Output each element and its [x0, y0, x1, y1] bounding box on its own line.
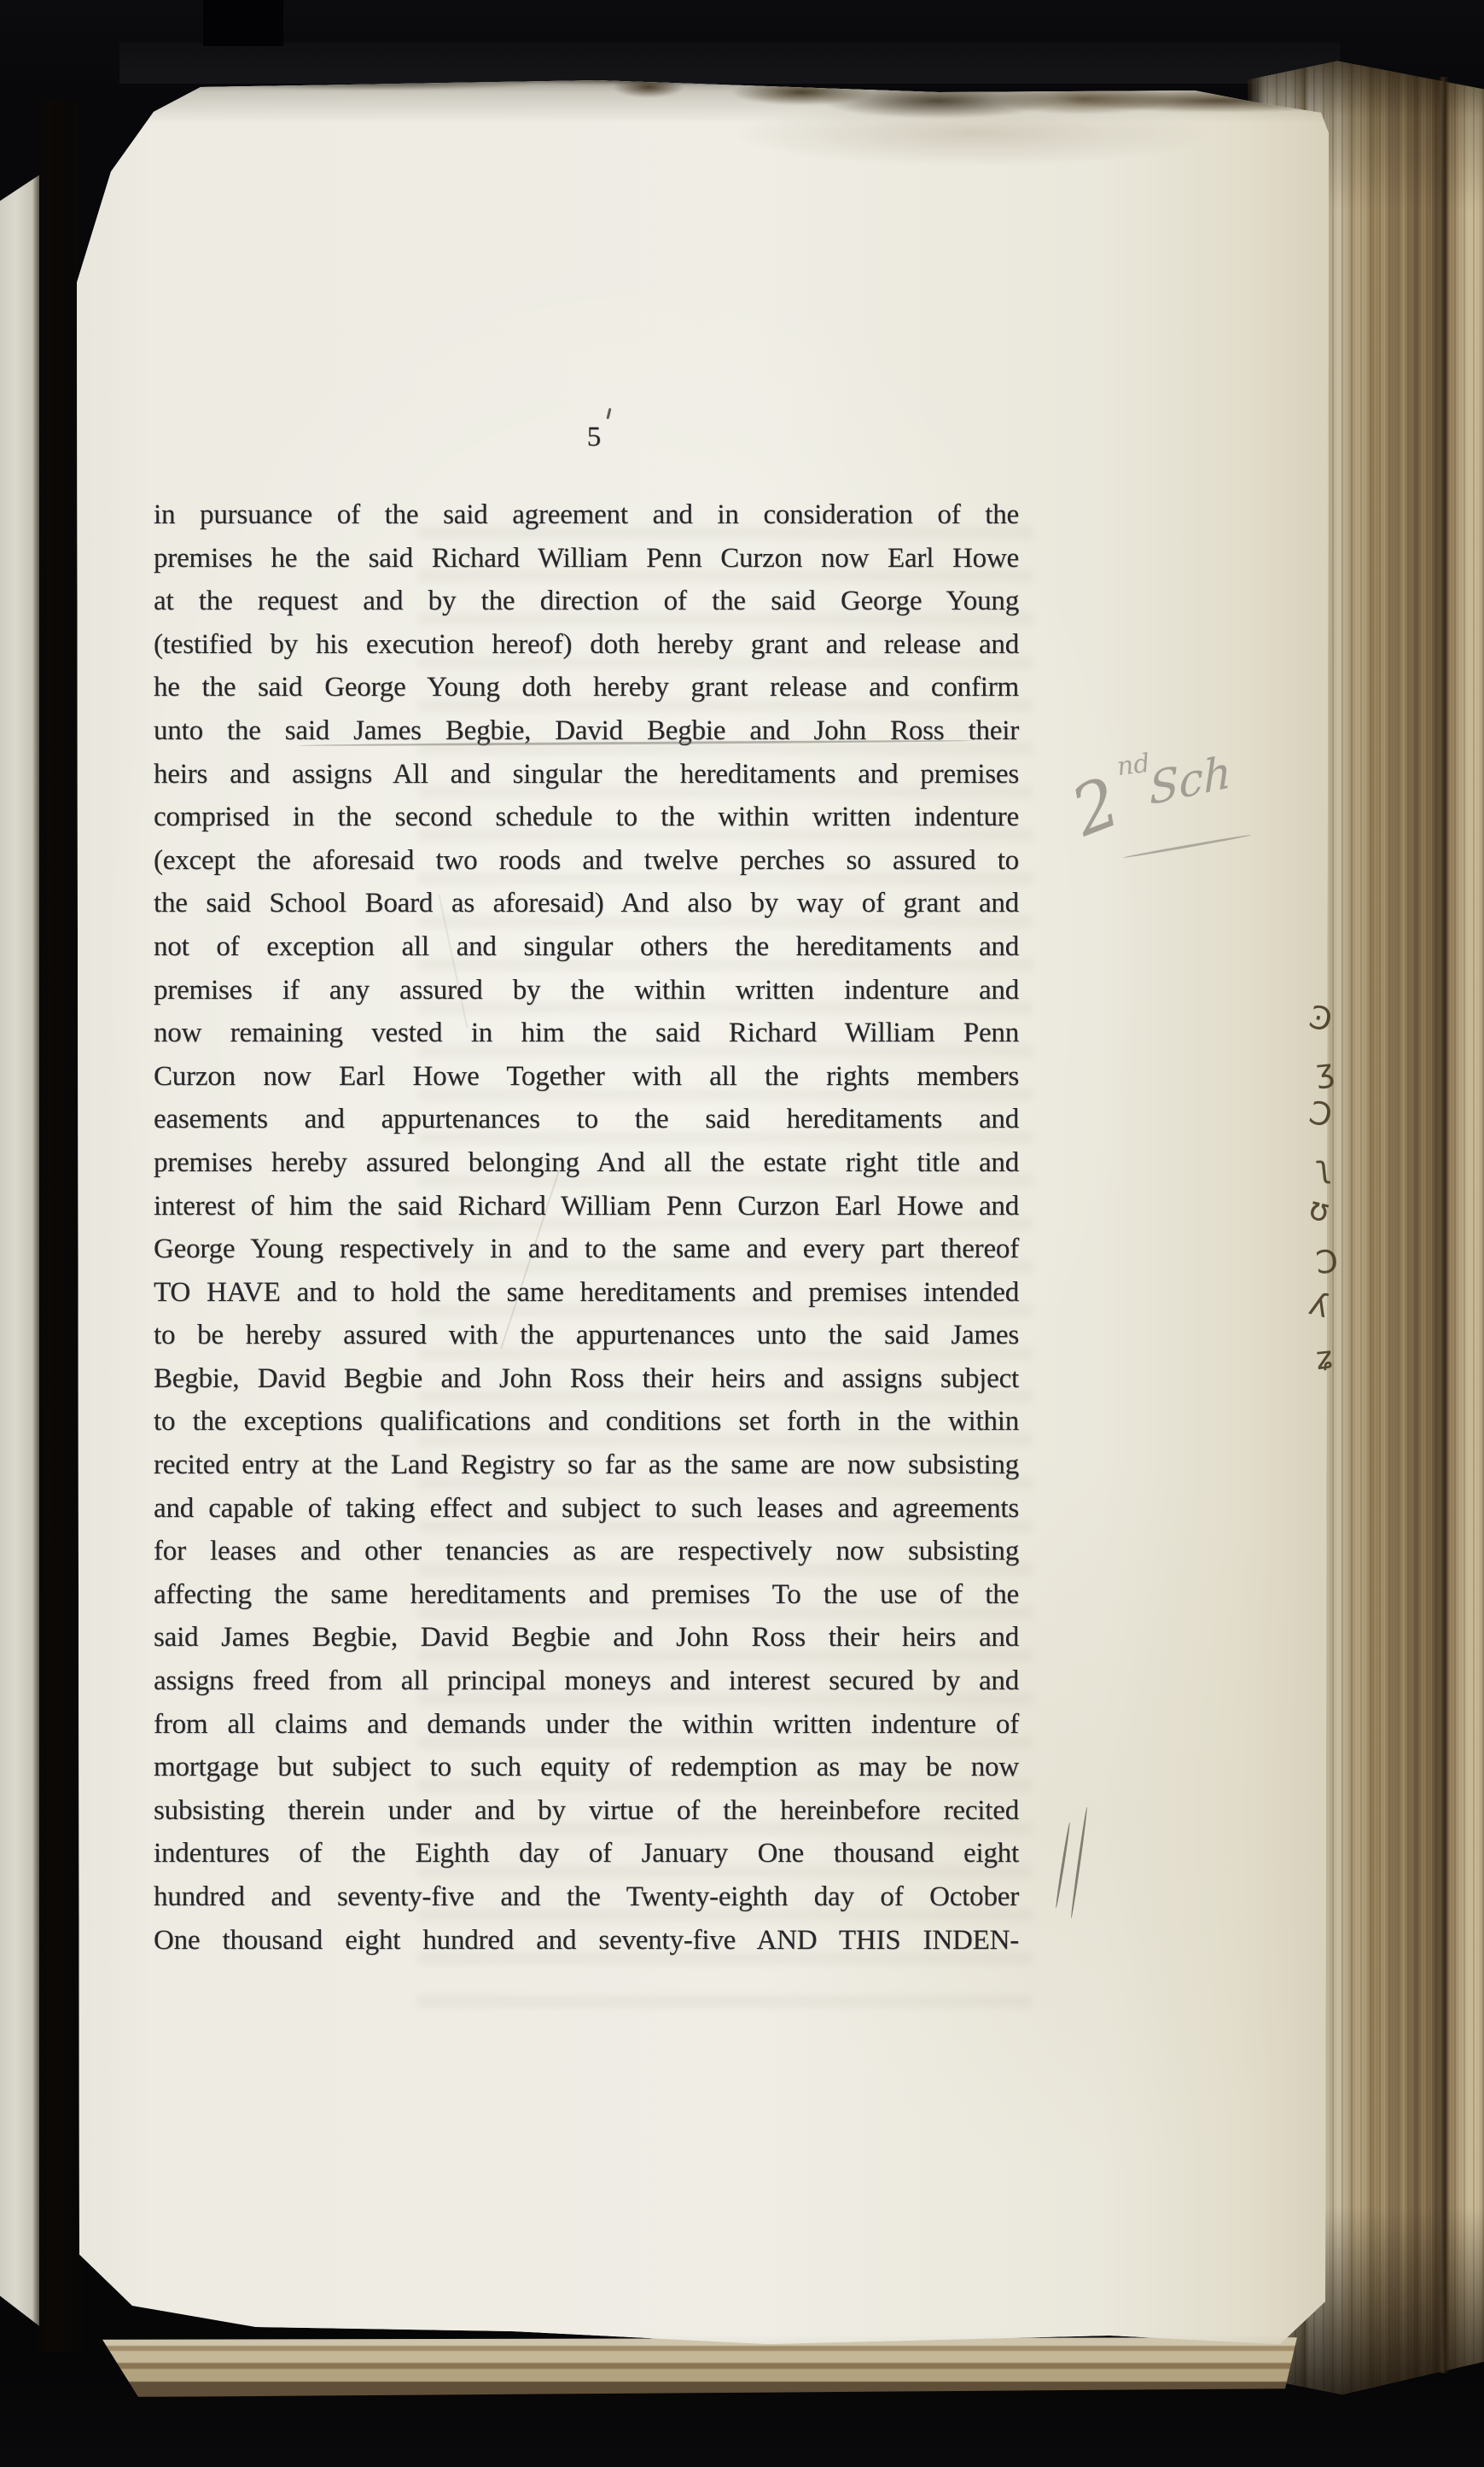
page-number: 5 — [161, 422, 1027, 453]
text-line: to the exceptions qualifications and con… — [154, 1400, 1019, 1443]
text-line: hundred and seventy-five and the Twenty-… — [154, 1875, 1019, 1919]
text-line: said James Begbie, David Begbie and John… — [154, 1616, 1019, 1659]
book-gutter-shadow — [32, 98, 84, 2352]
top-edge-stain — [119, 73, 1331, 184]
text-line: premises if any assured by the within wr… — [154, 969, 1019, 1012]
fore-edge-crease — [1439, 77, 1449, 2373]
pencil-margin-note: 2 nd Sch — [1061, 732, 1281, 893]
text-line: heirs and assigns All and singular the h… — [154, 753, 1019, 796]
book-cover-edge — [119, 43, 1340, 84]
edge-ink-mark: Ͻ — [1306, 1095, 1364, 1140]
text-line: assigns freed from all principal moneys … — [154, 1659, 1019, 1703]
edge-ink-mark: ʊ — [1306, 1191, 1364, 1236]
text-line: (except the aforesaid two roods and twel… — [154, 839, 1019, 883]
edge-ink-mark: Ͻ — [1314, 1241, 1369, 1280]
stroke — [1055, 1822, 1071, 1908]
text-line: (testified by his execution hereof) doth… — [154, 623, 1019, 667]
under-page-edges — [102, 2337, 1297, 2397]
text-line: comprised in the second schedule to the … — [154, 796, 1019, 839]
pencil-double-stroke-mark — [1056, 1799, 1099, 1936]
text-line: mortgage but subject to such equity of r… — [154, 1746, 1019, 1789]
text-line: not of exception all and singular others… — [154, 925, 1019, 969]
body-text: in pursuance of the said agreement and i… — [154, 493, 1019, 1962]
text-line: to be hereby assured with the appurtenan… — [154, 1314, 1019, 1357]
text-line: subsisting therein under and by virtue o… — [154, 1789, 1019, 1833]
cover-notch — [203, 0, 283, 46]
edge-ink-mark: ʒ — [1314, 1050, 1369, 1089]
edge-ink-marks: ϿʒϽʅʊϽʎʑ — [1309, 1006, 1360, 1374]
edge-ink-mark: Ͽ — [1306, 1000, 1364, 1045]
edge-ink-mark: ʅ — [1314, 1146, 1369, 1185]
margin-note-ordinal: nd — [1115, 749, 1152, 782]
text-line: easements and appurtenances to the said … — [154, 1098, 1019, 1141]
text-line: premises he the said Richard William Pen… — [154, 537, 1019, 580]
text-line: unto the said James Begbie, David Begbie… — [154, 709, 1019, 753]
margin-note-word: Sch — [1149, 746, 1232, 815]
edge-ink-mark: ʑ — [1314, 1337, 1369, 1376]
text-line: in pursuance of the said agreement and i… — [154, 493, 1019, 537]
text-line: the said School Board as aforesaid) And … — [154, 882, 1019, 925]
text-line: at the request and by the direction of t… — [154, 580, 1019, 623]
text-line: indentures of the Eighth day of January … — [154, 1832, 1019, 1875]
text-line: he the said George Young doth hereby gra… — [154, 666, 1019, 709]
text-line: affecting the same hereditaments and pre… — [154, 1573, 1019, 1617]
text-line: from all claims and demands under the wi… — [154, 1703, 1019, 1747]
text-line: George Young respectively in and to the … — [154, 1228, 1019, 1271]
document-page: 5 in pursuance of the said agreement and… — [51, 73, 1331, 2397]
margin-note-underline — [1123, 834, 1251, 859]
text-line: and capable of taking effect and subject… — [154, 1487, 1019, 1531]
text-line: Curzon now Earl Howe Together with all t… — [154, 1055, 1019, 1099]
text-line: interest of him the said Richard William… — [154, 1185, 1019, 1228]
text-line: One thousand eight hundred and seventy-f… — [154, 1919, 1019, 1963]
edge-ink-mark: ʎ — [1306, 1286, 1364, 1332]
stroke — [1070, 1806, 1088, 1918]
stray-ink-mark — [606, 408, 611, 419]
text-line: Begbie, David Begbie and John Ross their… — [154, 1357, 1019, 1401]
text-line: premises hereby assured belonging And al… — [154, 1141, 1019, 1185]
text-line: TO HAVE and to hold the same hereditamen… — [154, 1271, 1019, 1315]
text-line: for leases and other tenancies as are re… — [154, 1530, 1019, 1573]
text-line: recited entry at the Land Registry so fa… — [154, 1443, 1019, 1487]
text-line: now remaining vested in him the said Ric… — [154, 1012, 1019, 1055]
book-scan: 5 in pursuance of the said agreement and… — [0, 0, 1484, 2467]
